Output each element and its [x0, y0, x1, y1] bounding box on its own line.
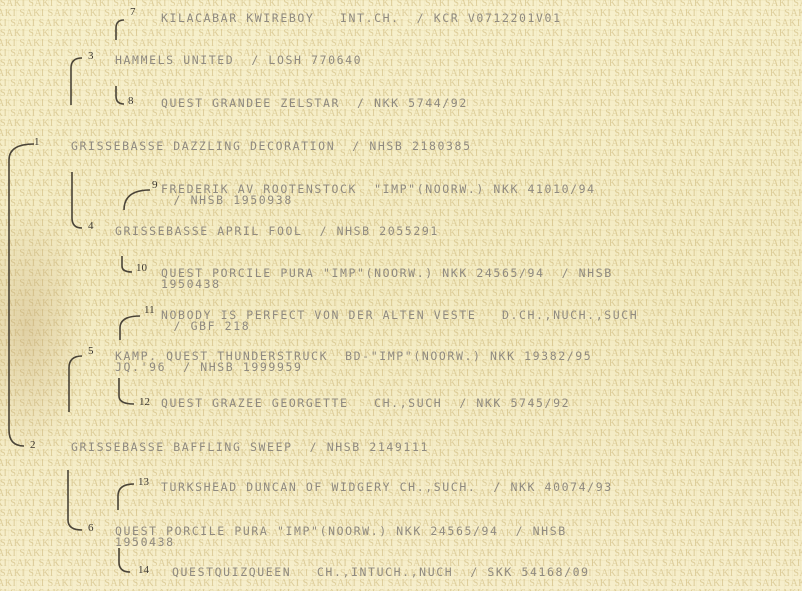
bracket-12	[119, 378, 134, 404]
number-12: 12	[139, 396, 150, 408]
number-9: 9	[152, 179, 158, 191]
dog-entry-7: KILACABAR KWIREBOY INT.CH. / KCR V071220…	[161, 13, 562, 24]
number-10: 10	[136, 262, 147, 274]
number-4: 4	[88, 220, 94, 232]
bracket-9	[124, 190, 150, 210]
bracket-10	[122, 256, 132, 272]
number-6: 6	[88, 522, 94, 534]
dog-entry-13: TURKSHEAD DUNCAN OF WIDGERY CH.,SUCH. / …	[161, 482, 613, 493]
number-7: 7	[130, 6, 136, 18]
bracket-7	[116, 20, 124, 40]
bracket-4	[72, 172, 82, 228]
bracket-5	[69, 356, 82, 412]
dog-entry-8: QUEST GRANDEE ZELSTAR / NKK 5744/92	[161, 98, 468, 109]
dog-entry-1: GRISSEBASSE DAZZLING DECORATION / NHSB 2…	[71, 141, 472, 152]
dog-entry-6: QUEST PORCILE PURA "IMP"(NOORW.) NKK 245…	[115, 526, 567, 548]
number-1: 1	[34, 136, 40, 148]
dog-entry-11: NOBODY IS PERFECT VON DER ALTEN VESTE D.…	[161, 310, 638, 332]
dog-entry-2: GRISSEBASSE BAFFLING SWEEP / NHSB 214911…	[71, 442, 429, 453]
dog-entry-14: QUESTQUIZQUEEN CH.,INTUCH.,NUCH / SKK 54…	[172, 567, 590, 578]
dog-entry-3: HAMMELS UNITED / LOSH 770640	[115, 55, 362, 66]
bracket-6	[68, 470, 82, 530]
number-13: 13	[138, 476, 149, 488]
dog-entry-10: QUEST PORCILE PURA "IMP"(NOORW.) NKK 245…	[161, 268, 613, 290]
dog-entry-9: FREDERIK AV ROOTENSTOCK "IMP"(NOORW.) NK…	[161, 184, 596, 206]
number-11: 11	[144, 304, 155, 316]
pedigree-brackets	[0, 0, 802, 591]
bracket-13	[118, 484, 134, 510]
bracket-8	[116, 86, 124, 104]
bracket-3	[71, 58, 82, 105]
dog-entry-4: GRISSEBASSE APRIL FOOL / NHSB 2055291	[115, 226, 439, 237]
number-14: 14	[138, 564, 149, 576]
dog-entry-12: QUEST GRAZEE GEORGETTE CH.,SUCH / NKK 57…	[161, 398, 570, 409]
number-3: 3	[88, 50, 94, 62]
number-8: 8	[128, 95, 134, 107]
number-5: 5	[88, 345, 94, 357]
bracket-11	[120, 316, 140, 340]
number-2: 2	[30, 439, 36, 451]
bracket-root	[9, 144, 34, 446]
bracket-14	[119, 548, 130, 572]
dog-entry-5: KAMP. QUEST THUNDERSTRUCK BD-"IMP"(NOORW…	[115, 351, 592, 373]
